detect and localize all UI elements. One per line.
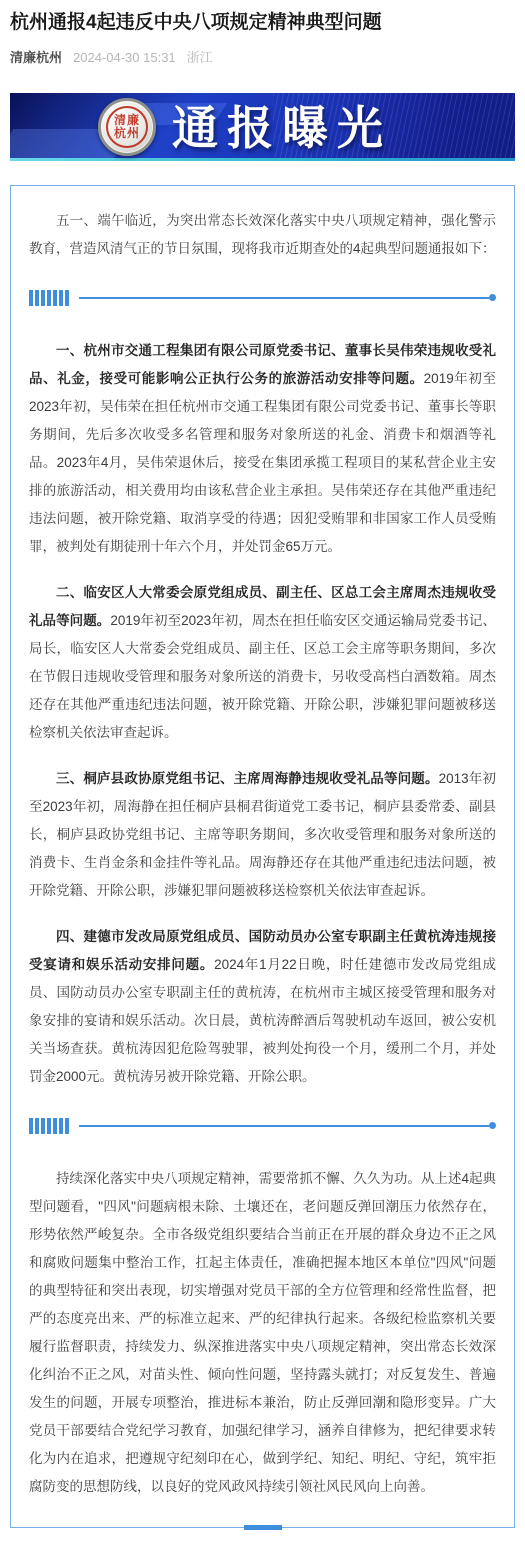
byline: 清廉杭州 2024-04-30 15:31 浙江 [10,47,515,66]
publish-datetime: 2024-04-30 15:31 [73,50,176,65]
case-1-text: 2019年初至2023年初，吴伟荣在担任杭州市交通工程集团有限公司党委书记、董事… [29,371,496,554]
divider-dot-icon [489,1122,496,1129]
divider-line [79,1125,489,1127]
bottom-border-notch [244,1525,282,1530]
divider-bars-icon [29,290,69,306]
divider-line [79,297,489,299]
case-paragraph-2: 二、临安区人大常委会原党组成员、副主任、区总工会主席周杰违规收受礼品等问题。20… [29,579,496,747]
case-3-text: 2013年初至2023年初，周海静在担任桐庐县桐君街道党工委书记，桐庐县委常委、… [29,771,496,898]
divider-dot-icon [489,294,496,301]
case-4-text: 2024年1月22日晚，时任建德市发改局党组成员、国防动员办公室专职副主任的黄杭… [29,957,496,1084]
publish-location: 浙江 [187,47,213,66]
case-paragraph-4: 四、建德市发改局原党组成员、国防动员办公室专职副主任黄杭涛违规接受宴请和娱乐活动… [29,923,496,1091]
banner-image: 清廉 杭州 通报曝光 [10,93,515,161]
divider-bars-icon [29,1118,69,1134]
section-divider-bottom [29,1118,496,1134]
case-3-heading: 三、桐庐县政协原党组书记、主席周海静违规收受礼品等问题。 [56,771,439,786]
conclusion-paragraph: 持续深化落实中央八项规定精神，需要常抓不懈、久久为功。从上述4起典型问题看，"四… [29,1165,496,1501]
source-name[interactable]: 清廉杭州 [10,47,62,66]
seal-line-2: 杭州 [114,127,140,140]
seal-text: 清廉 杭州 [106,106,148,148]
qinglian-hangzhou-seal-icon: 清廉 杭州 [98,98,156,156]
banner-title: 通报曝光 [172,93,392,158]
section-divider-top [29,290,496,306]
banner-cyan-strip [10,158,515,161]
article-body: 五一、端午临近，为突出常态长效深化落实中央八项规定精神，强化警示教育，营造风清气… [10,185,515,1528]
seal-line-1: 清廉 [114,114,140,127]
case-paragraph-1: 一、杭州市交通工程集团有限公司原党委书记、董事长吴伟荣违规收受礼品、礼金，接受可… [29,337,496,561]
article-page: 杭州通报4起违反中央八项规定精神典型问题 清廉杭州 2024-04-30 15:… [0,0,525,1542]
intro-paragraph: 五一、端午临近，为突出常态长效深化落实中央八项规定精神，强化警示教育，营造风清气… [29,207,496,263]
case-2-text: 2019年初至2023年初，周杰在担任临安区交通运输局党委书记、局长，临安区人大… [29,613,496,740]
page-title: 杭州通报4起违反中央八项规定精神典型问题 [10,10,515,37]
case-paragraph-3: 三、桐庐县政协原党组书记、主席周海静违规收受礼品等问题。2013年初至2023年… [29,765,496,905]
